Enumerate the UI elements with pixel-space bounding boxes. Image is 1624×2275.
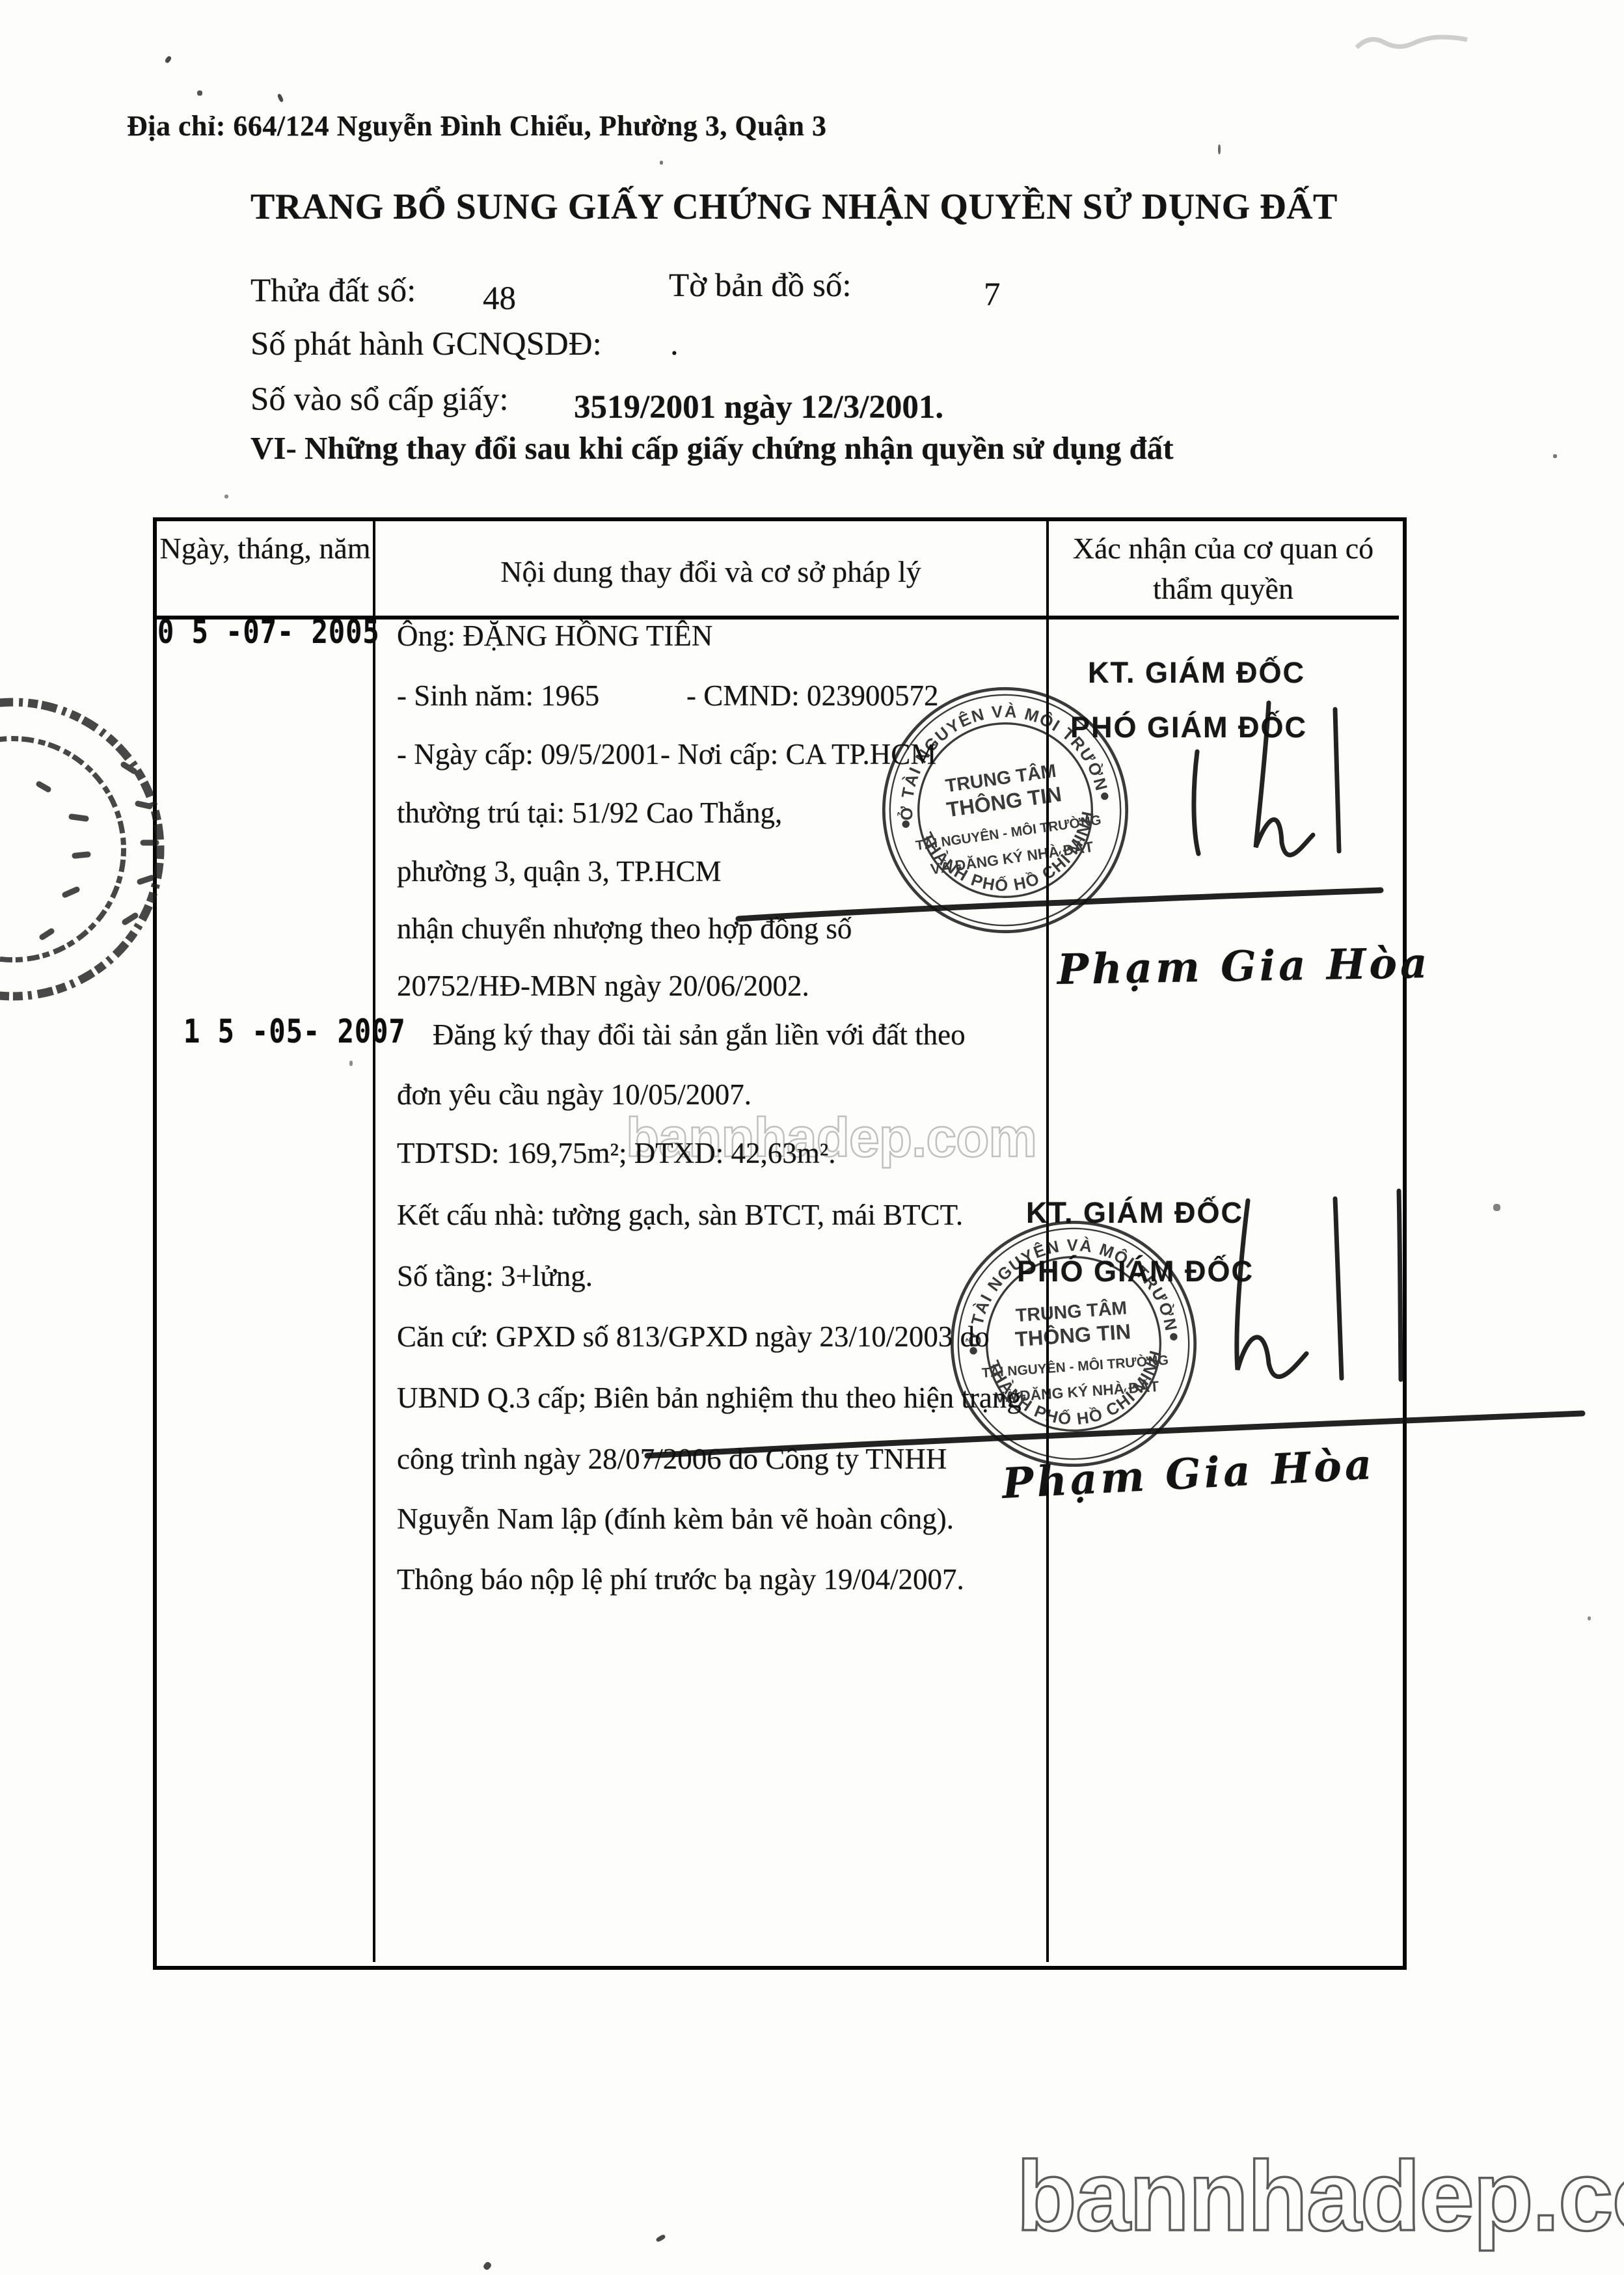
header-confirm-column: Xác nhận của cơ quan có thẩm quyền <box>1057 528 1389 609</box>
scanned-document-page: bannhadep.com bannhadep.com Địa chỉ: 664… <box>0 0 1624 2275</box>
noise-speck <box>1588 1616 1591 1620</box>
signature-scribble-1 <box>716 677 1405 950</box>
watermark-bottom: bannhadep.com <box>1016 2140 1624 2254</box>
section-vi-heading: VI- Những thay đổi sau khi cấp giấy chứn… <box>250 429 1174 467</box>
issue-serial-label: Số phát hành GCNQSDĐ: <box>250 325 602 363</box>
noise-speck <box>349 1061 353 1066</box>
scan-smudge-top-right <box>1353 25 1483 64</box>
page-title: TRANG BỔ SUNG GIẤY CHỨNG NHẬN QUYỀN SỬ D… <box>250 186 1338 228</box>
issue-serial-value: . <box>670 325 679 363</box>
entry2-line-floors: Số tầng: 3+lửng. <box>397 1262 593 1291</box>
parcel-number-value: 48 <box>483 280 516 318</box>
noise-speck <box>197 90 202 96</box>
entry1-line-residence2: phường 3, quận 3, TP.HCM <box>397 857 722 886</box>
entry1-line-birth: - Sinh năm: 1965 <box>397 681 599 711</box>
noise-speck <box>655 2234 666 2243</box>
entry1-line-owner: Ông: ĐẶNG HỒNG TIÊN <box>397 621 712 651</box>
signature-flourish-2 <box>647 1413 1582 1456</box>
parcel-number-label: Thửa đất số: <box>250 272 416 310</box>
noise-speck <box>482 2261 492 2271</box>
entry2-date-stamp: 1 5 -05- 2007 <box>183 1013 406 1050</box>
map-sheet-label: Tờ bản đồ số: <box>669 267 852 305</box>
entry1-date-stamp: 0 5 -07- 2005 <box>157 613 380 651</box>
noise-speck <box>1553 454 1557 458</box>
noise-speck <box>660 161 663 165</box>
entry1-line-issue-date: - Ngày cấp: 09/5/2001 <box>397 740 660 769</box>
entry2-line-company: Nguyễn Nam lập (đính kèm bản vẽ hoàn côn… <box>397 1505 954 1534</box>
noise-speck <box>1493 1204 1500 1211</box>
left-edge-partial-stamp <box>0 680 182 1018</box>
address-line: Địa chỉ: 664/124 Nguyễn Đình Chiểu, Phườ… <box>127 109 827 143</box>
signature-scribble-2 <box>638 1171 1601 1471</box>
map-sheet-value: 7 <box>984 276 1001 314</box>
entry2-line-request: đơn yêu cầu ngày 10/05/2007. <box>397 1080 751 1110</box>
noise-speck <box>277 93 284 102</box>
header-content-column: Nội dung thay đổi và cơ sở pháp lý <box>384 552 1038 592</box>
noise-speck <box>224 495 228 498</box>
signature-flourish-1 <box>738 890 1381 919</box>
entry2-line-register: Đăng ký thay đổi tài sản gắn liền với đấ… <box>433 1020 966 1050</box>
header-date-column: Ngày, tháng, năm <box>159 528 371 569</box>
entry2-line-fee-notice: Thông báo nộp lệ phí trước bạ ngày 19/04… <box>397 1565 964 1594</box>
registry-entry-label: Số vào sổ cấp giấy: <box>250 381 509 418</box>
entry1-line-contract: 20752/HĐ-MBN ngày 20/06/2002. <box>397 972 809 1001</box>
noise-speck <box>164 55 172 64</box>
noise-speck <box>1218 144 1221 154</box>
table-column-divider-1 <box>373 517 375 1962</box>
entry1-signer-name: Phạm Gia Hòa <box>1057 939 1431 994</box>
entry2-line-areas: TDTSD: 169,75m²; DTXD: 42,63m². <box>397 1139 835 1168</box>
registry-entry-value: 3519/2001 ngày 12/3/2001. <box>574 388 943 426</box>
